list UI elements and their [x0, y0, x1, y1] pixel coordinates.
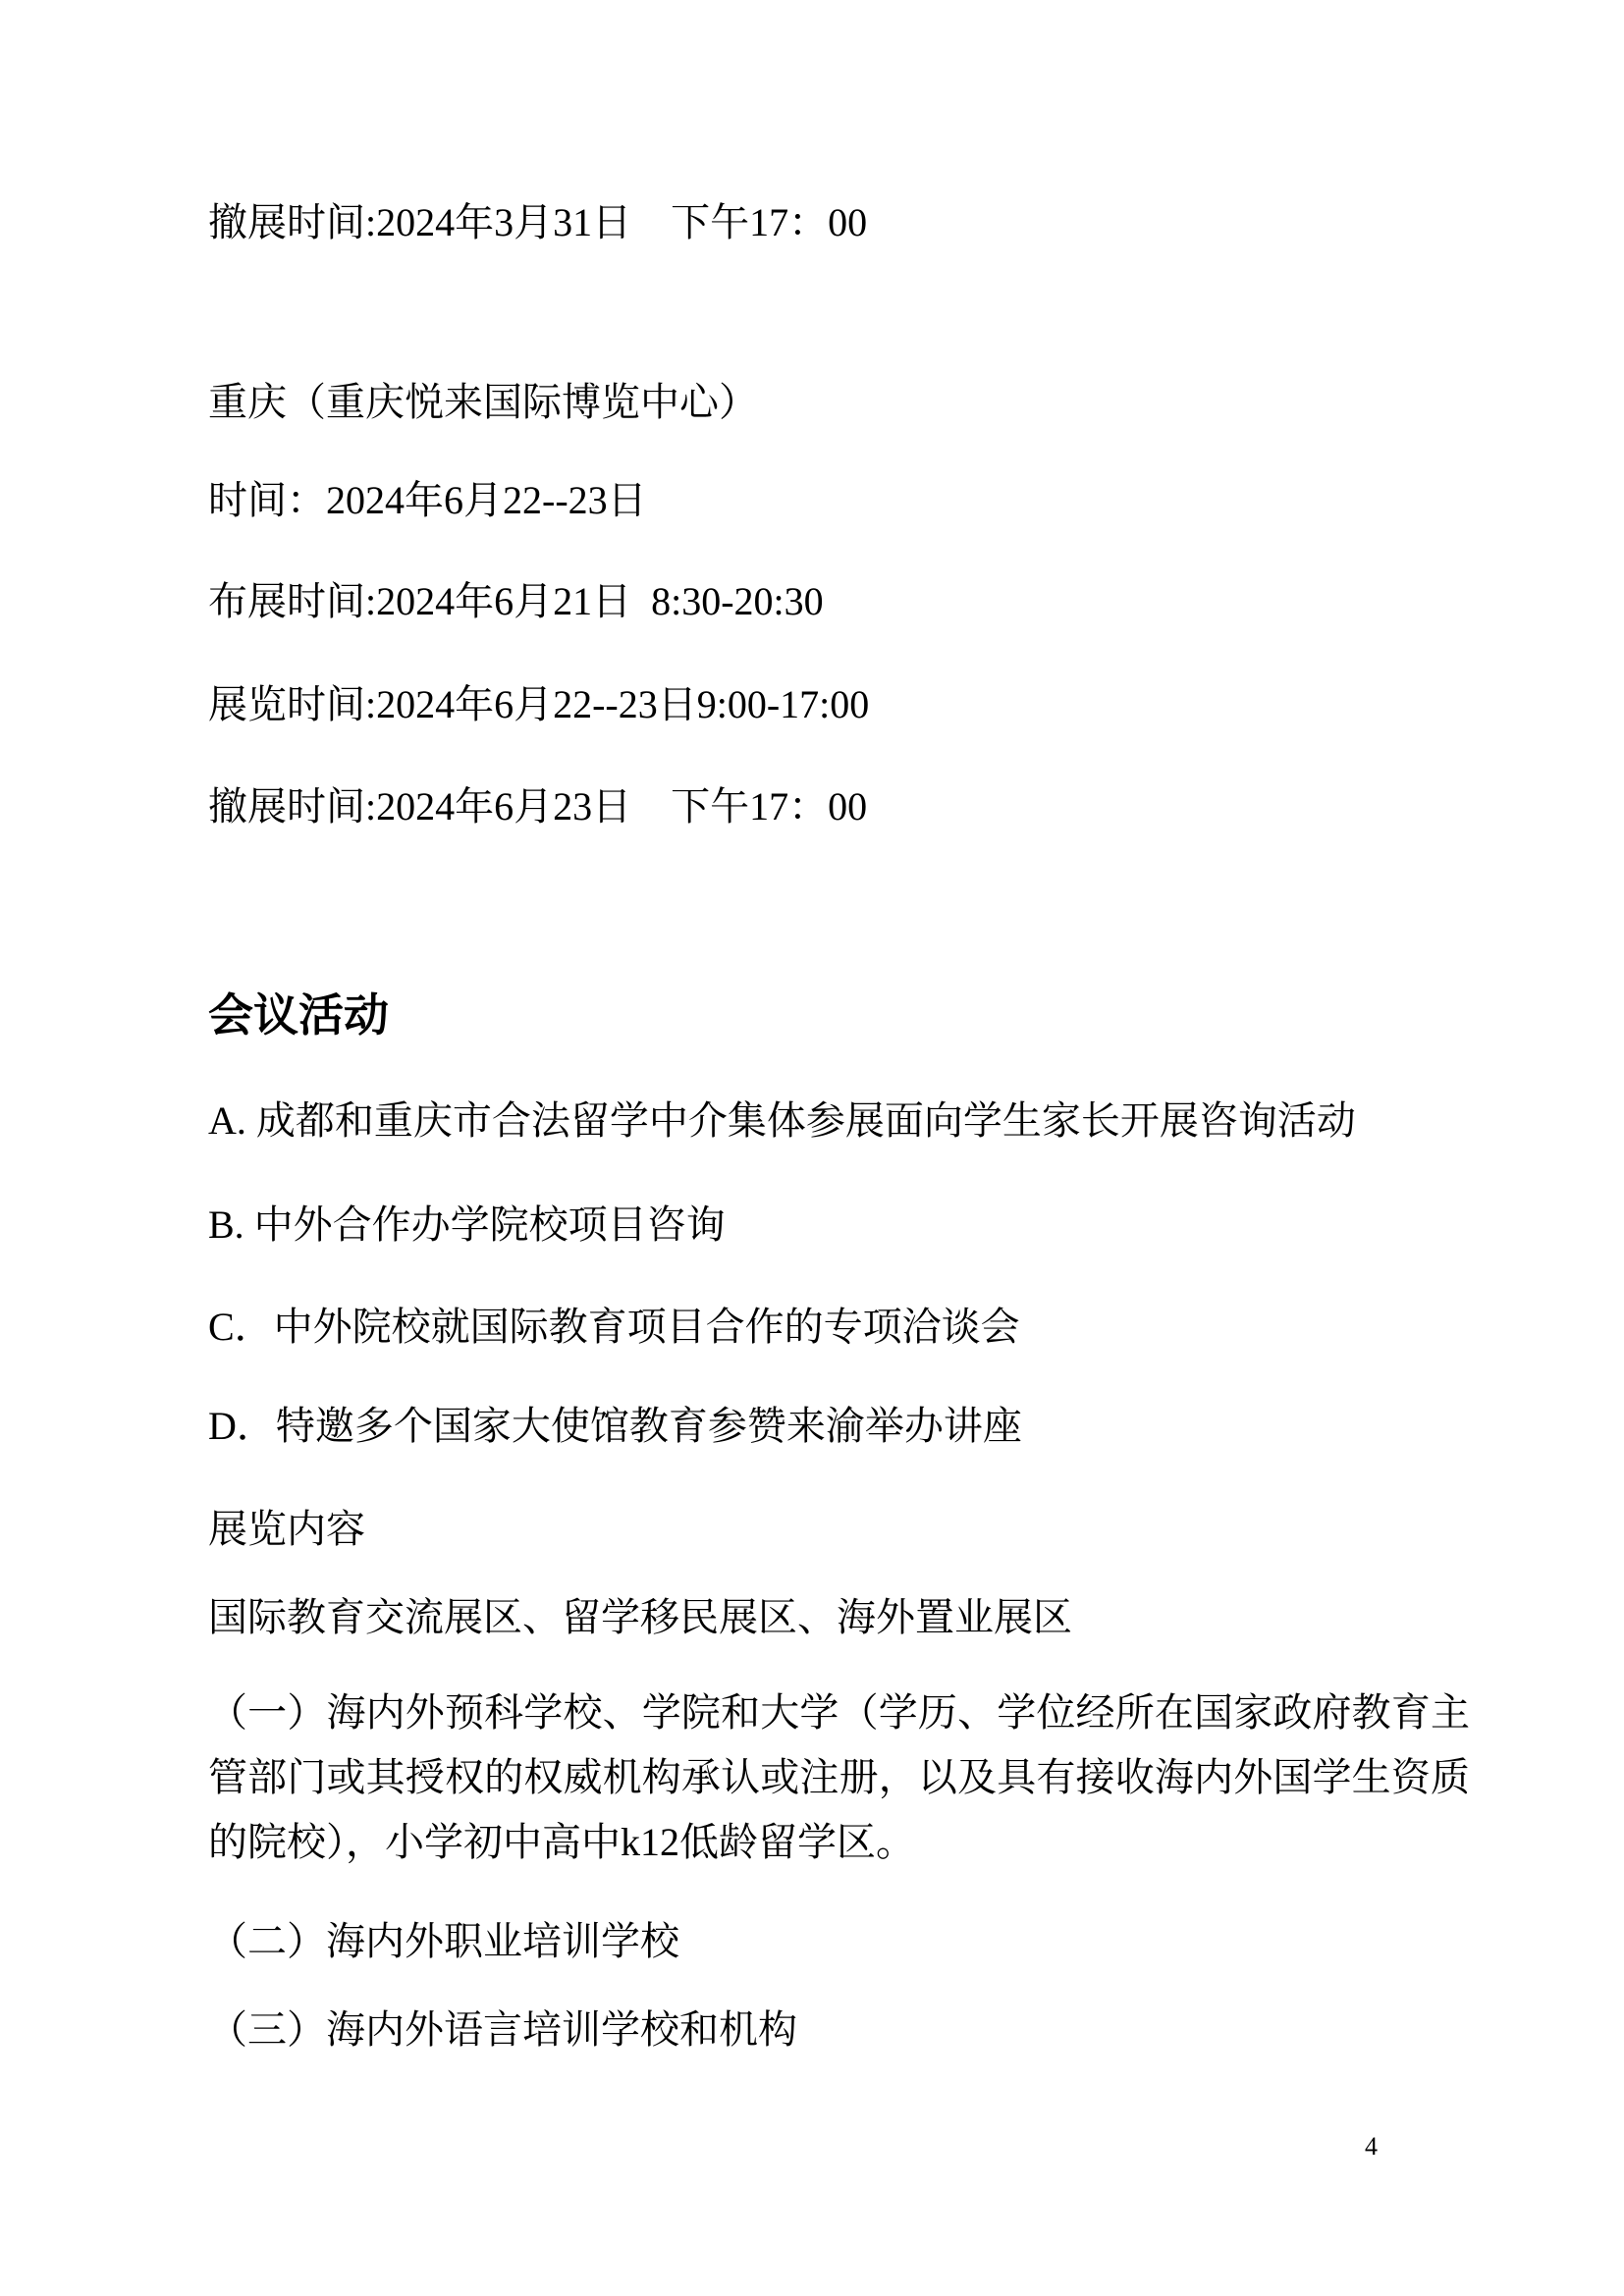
chongqing-exhibition-time-line: 展览时间:2024年6月22--23日9:00-17:00 — [208, 681, 869, 728]
chongqing-venue-line: 重庆（重庆悦来国际博览中心） — [208, 379, 758, 426]
conference-item-a: A. 成都和重庆市合法留学中介集体参展面向学生家长开展咨询活动 — [208, 1097, 1356, 1145]
exhibition-category-1: （一）海内外预科学校、学院和大学（学历、学位经所在国家政府教育主管部门或其授权的… — [208, 1681, 1470, 1875]
conference-item-d: D．特邀多个国家大使馆教育参赞来渝举办讲座 — [208, 1403, 1022, 1450]
chongqing-teardown-time-line: 撤展时间:2024年6月23日 下午17：00 — [208, 783, 867, 830]
document-page: 撤展时间:2024年3月31日 下午17：00 重庆（重庆悦来国际博览中心） 时… — [0, 0, 1624, 2296]
page-number: 4 — [1365, 2132, 1378, 2162]
conference-item-b: B. 中外合作办学院校项目咨询 — [208, 1201, 726, 1249]
chengdu-teardown-time-line: 撤展时间:2024年3月31日 下午17：00 — [208, 199, 867, 246]
conference-activities-heading: 会议活动 — [208, 989, 389, 1041]
conference-item-c: C．中外院校就国际教育项目合作的专项洽谈会 — [208, 1304, 1020, 1351]
exhibition-category-2: （二）海内外职业培训学校 — [208, 1918, 679, 1965]
chongqing-setup-time-line: 布展时间:2024年6月21日 8:30-20:30 — [208, 578, 824, 625]
exhibition-category-3: （三）海内外语言培训学校和机构 — [208, 2006, 797, 2054]
chongqing-time-line: 时间：2024年6月22--23日 — [208, 477, 647, 524]
exhibition-zones-line: 国际教育交流展区、留学移民展区、海外置业展区 — [208, 1594, 1072, 1641]
exhibition-content-label: 展览内容 — [208, 1506, 365, 1553]
